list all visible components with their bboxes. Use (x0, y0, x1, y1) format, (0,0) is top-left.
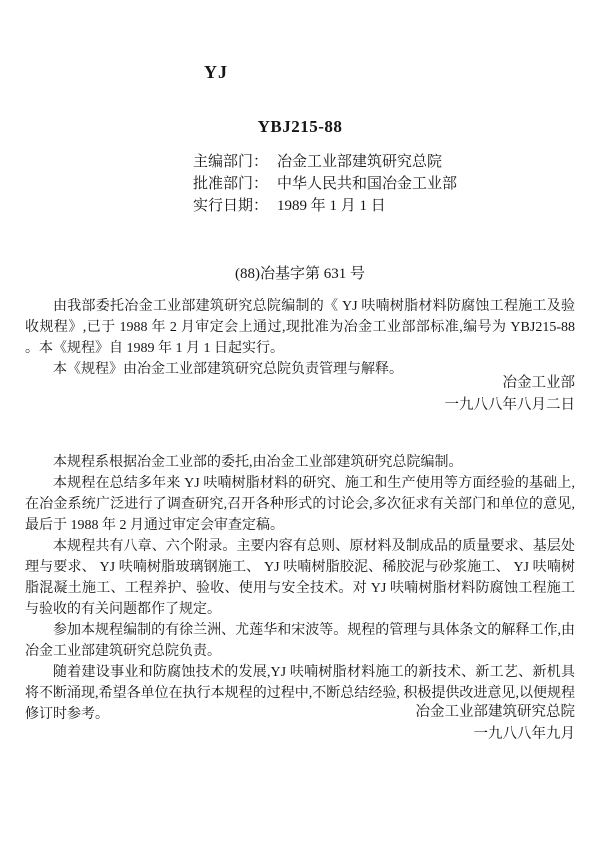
foreword-signature-block: 冶金工业部建筑研究总院 一九八八年九月 (416, 701, 576, 745)
foreword-paragraph: 本规程在总结多年来 YJ 呋喃树脂材料的研究、施工和生产使用等方面经验的基础上,… (25, 473, 575, 536)
meta-editor-line: 主编部门：冶金工业部建筑研究总院 (193, 151, 457, 173)
meta-block: 主编部门：冶金工业部建筑研究总院 批准部门：中华人民共和国冶金工业部 实行日期：… (193, 151, 457, 217)
foreword-paragraph: 本规程共有八章、六个附录。主要内容有总则、原材料及制成品的质量要求、基层处理与要… (25, 536, 575, 620)
foreword-paragraph: 本规程系根据冶金工业部的委托,由冶金工业部建筑研究总院编制。 (25, 452, 575, 473)
notice-signature-date: 一九八八年八月二日 (445, 394, 576, 416)
approval-notice: 由我部委托冶金工业部建筑研究总院编制的《 YJ 呋喃树脂材料防腐蚀工程施工及验收… (25, 296, 575, 380)
standard-number: YBJ215-88 (0, 117, 600, 137)
notice-paragraph: 由我部委托冶金工业部建筑研究总院编制的《 YJ 呋喃树脂材料防腐蚀工程施工及验收… (25, 296, 575, 359)
meta-date-value: 1989 年 1 月 1 日 (277, 198, 386, 214)
series-code: YJ (204, 62, 228, 83)
notice-signature-block: 冶金工业部 一九八八年八月二日 (445, 372, 576, 416)
meta-approver-value: 中华人民共和国冶金工业部 (277, 176, 457, 192)
document-page: YJ YBJ215-88 主编部门：冶金工业部建筑研究总院 批准部门：中华人民共… (0, 0, 600, 848)
foreword-signature-date: 一九八八年九月 (416, 723, 576, 745)
notice-signature: 冶金工业部 (445, 372, 576, 394)
document-number: (88)冶基字第 631 号 (0, 262, 600, 283)
meta-editor-value: 冶金工业部建筑研究总院 (277, 154, 442, 170)
meta-date-label: 实行日期： (193, 198, 268, 214)
meta-date-line: 实行日期：1989 年 1 月 1 日 (193, 195, 457, 217)
meta-approver-line: 批准部门：中华人民共和国冶金工业部 (193, 173, 457, 195)
foreword-signature: 冶金工业部建筑研究总院 (416, 701, 576, 723)
meta-editor-label: 主编部门： (193, 154, 268, 170)
foreword-paragraph: 参加本规程编制的有徐兰洲、尤莲华和宋波等。规程的管理与具体条文的解释工作,由冶金… (25, 620, 575, 662)
foreword: 本规程系根据冶金工业部的委托,由冶金工业部建筑研究总院编制。 本规程在总结多年来… (25, 452, 575, 725)
meta-approver-label: 批准部门： (193, 176, 268, 192)
